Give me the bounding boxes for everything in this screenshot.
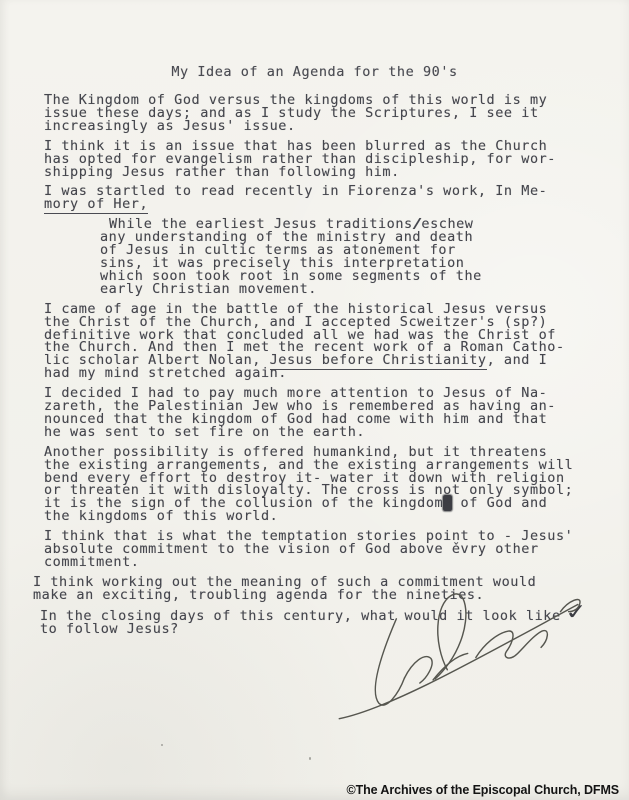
text-line: mory of Her, [44,198,629,211]
text-line: commitment. [44,556,629,569]
archive-credit: ©The Archives of the Episcopal Church, D… [346,783,619,797]
paragraph: The Kingdom of God versus the kingdoms o… [44,94,629,133]
text-segment: to follow Jesus? [40,621,179,637]
text-line: shipping Jesus rather than following him… [44,166,629,179]
text-segment: early Christian movement. [100,281,317,297]
underlined-text: mory of Her, [44,196,148,214]
text-segment: of God and [452,495,547,511]
paper-speck [161,744,163,746]
text-segment: increasingly as Jesus' issue. [44,118,296,134]
text-segment: commitment. [44,554,139,570]
text-line: the kingdoms of this world. [44,510,629,523]
paragraph: Another possibility is offered humankind… [44,446,629,523]
document-body: The Kingdom of God versus the kingdoms o… [0,94,629,636]
text-segment: had my mind stretched again. [44,365,287,381]
text-segment: / [411,218,422,231]
paragraph: I decided I had to pay much more attenti… [44,387,629,439]
text-line: increasingly as Jesus' issue. [44,120,629,133]
paragraph: I came of age in the battle of the histo… [44,303,629,380]
scanned-document-page: My Idea of an Agenda for the 90's The Ki… [0,0,629,800]
text-line: he was sent to set fire on the earth. [44,426,629,439]
text-segment: he was sent to set fire on the earth. [44,424,365,440]
text-line: early Christian movement. [100,283,629,296]
paragraph: I think that is what the temptation stor… [44,530,629,569]
paragraph: I think it is an issue that has been blu… [44,140,629,179]
signature-verna [325,583,590,728]
document-title: My Idea of an Agenda for the 90's [0,64,629,80]
signature-ink-icon [325,583,590,728]
blockquote: While the earliest Jesus traditions/esch… [100,218,629,295]
paper-speck [309,757,311,760]
text-segment: the kingdoms of this world. [44,508,278,524]
text-segment: , and I [487,352,548,368]
underlined-text: Jesus before Christianity [270,352,487,370]
text-segment: shipping Jesus rather than following him… [44,164,400,180]
paragraph: I was startled to read recently in Fiore… [44,185,629,211]
overstrike-blot: s [443,495,452,511]
